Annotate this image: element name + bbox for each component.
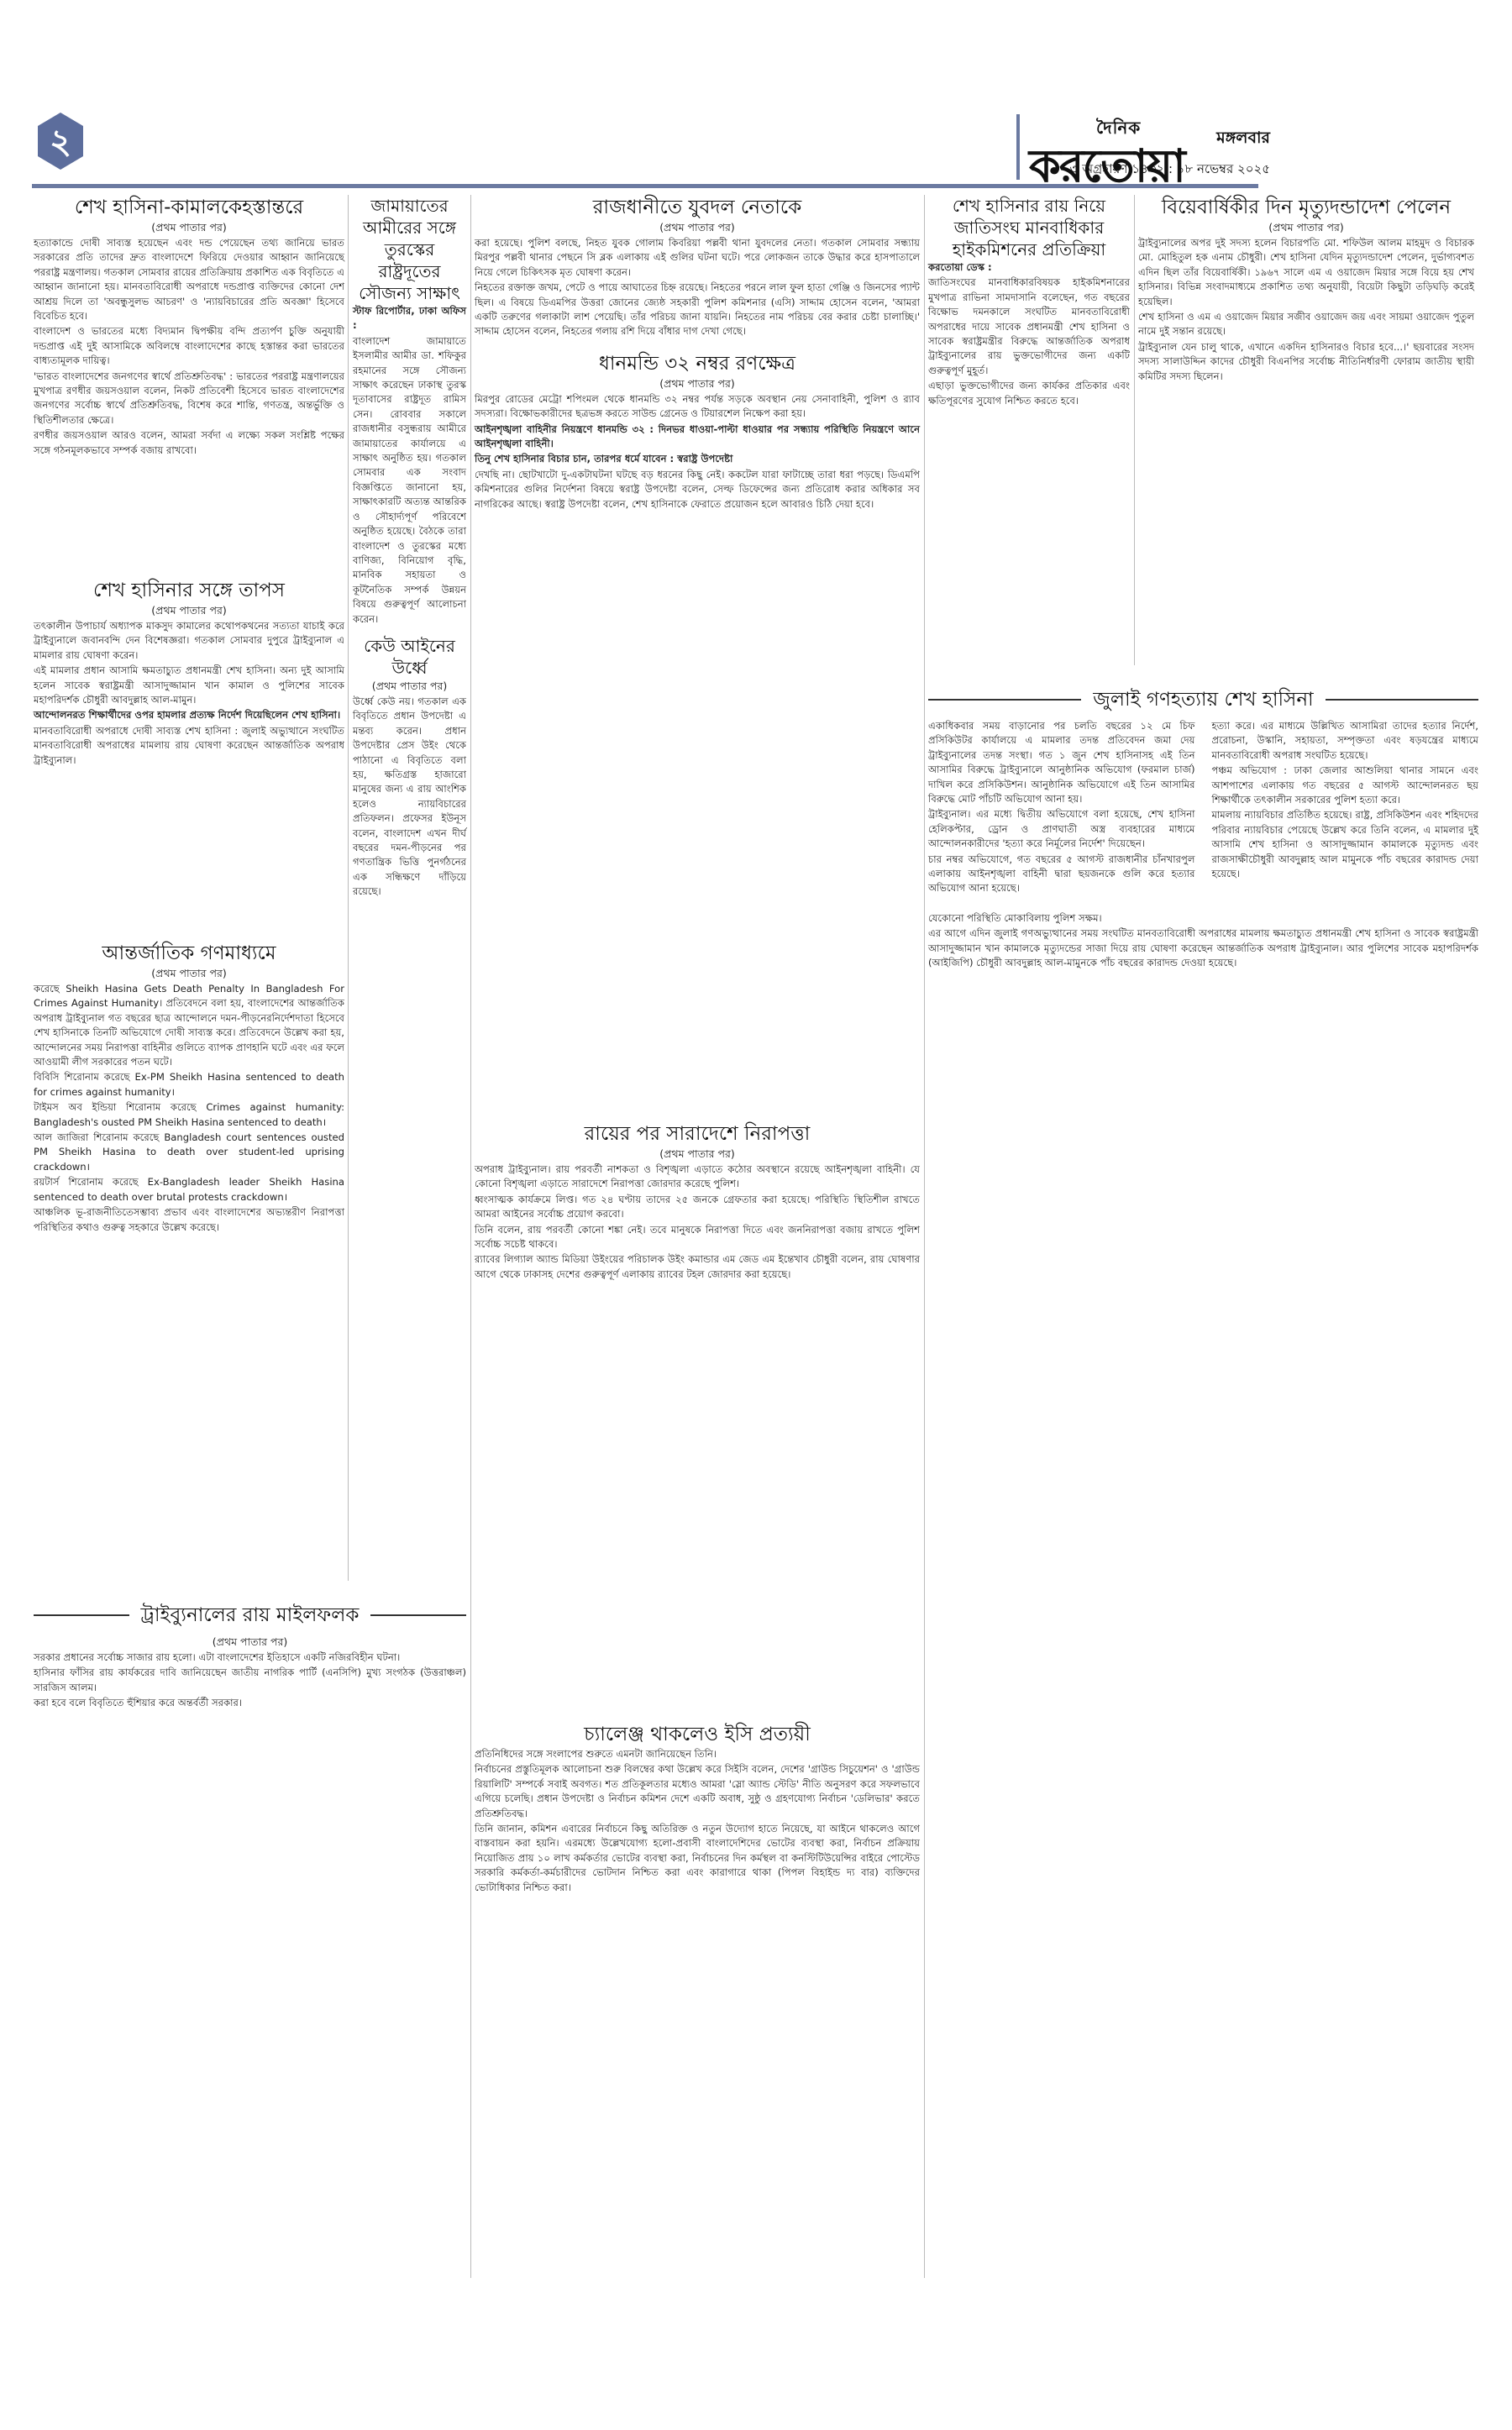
paragraph: ট্রাইব্যুনাল যেন চালু থাকে, এখানে একদিন … — [1138, 340, 1474, 384]
article-jubo-dal: রাজধানীতে যুবদল নেতাকে (প্রথম পাতার পর) … — [475, 195, 920, 339]
continued-label: (প্রথম পাতার পর) — [475, 220, 920, 234]
paragraph: নির্বাচনের প্রস্তুতিমূলক আলোচনা শুরু বিল… — [475, 1762, 920, 1821]
paragraph: মানবতাবিরোধী অপরাধে দোষী সাব্যস্ত শেখ হা… — [34, 724, 344, 768]
column-left-top: শেখ হাসিনা-কামালকেহস্তান্তরে (প্রথম পাতা… — [34, 195, 344, 459]
headline: ধানমন্ডি ৩২ নম্বর রণক্ষেত্র — [475, 351, 920, 376]
paragraph: জাতিসংঘের মানবাধিকারবিষয়ক হাইকমিশনারের … — [928, 276, 1130, 378]
paragraph: অপরাধ ট্রাইব্যুনাল। রায় পরবর্তী নাশকতা … — [475, 1163, 920, 1192]
article-un-reaction: শেখ হাসিনার রায় নিয়ে জাতিসংঘ মানবাধিকা… — [928, 195, 1130, 408]
paragraph: এর আগে এদিন জুলাই গণঅভ্যুত্থানের সময় সং… — [928, 926, 1478, 970]
paragraph: করেছে Sheikh Hasina Gets Death Penalty I… — [34, 982, 344, 1069]
svg-text:২: ২ — [50, 123, 71, 161]
continued-label: (প্রথম পাতার পর) — [475, 1147, 920, 1161]
newspaper-logo: দৈনিক করতোয়া — [1029, 116, 1256, 189]
hexagon-badge-icon: ২ — [35, 111, 86, 171]
paragraph: তিনু শেখ হাসিনার বিচার চান, তারপর ধর্মে … — [475, 452, 920, 466]
paragraph: তিনি বলেন, রায় পরবর্তী কোনো শঙ্কা নেই। … — [475, 1223, 920, 1252]
headline: আন্তর্জাতিক গণমাধ্যমে — [34, 941, 344, 966]
headline-rule-left — [34, 1614, 129, 1616]
column-left-mid: শেখ হাসিনার সঙ্গে তাপস (প্রথম পাতার পর) … — [34, 578, 344, 769]
paragraph: টাইমস অব ইন্ডিয়া শিরোনাম করেছে Crimes a… — [34, 1100, 344, 1130]
column-center-lower: রায়ের পর সারাদেশে নিরাপত্তা (প্রথম পাতা… — [475, 1121, 920, 1283]
paragraph: যেকোনো পরিস্থিতি মোকাবিলায় পুলিশ সক্ষম। — [928, 911, 1478, 926]
continued-label: (প্রথম পাতার পর) — [34, 966, 344, 980]
paragraph: প্রতিনিধিদের সঙ্গে সংলাপের শুরুতে এমনটা … — [475, 1747, 920, 1761]
paragraph: রণধীর জয়সওয়াল আরও বলেন, আমরা সর্বদা এ … — [34, 428, 344, 458]
column-divider — [924, 195, 925, 2278]
paragraph: এছাড়া ভুক্তভোগীদের জন্য কার্যকর প্রতিকা… — [928, 379, 1130, 408]
article-tribunal-milestone: ট্রাইব্যুনালের রায় মাইলফলক (প্রথম পাতার… — [34, 1603, 466, 1711]
continued-label: (প্রথম পাতার পর) — [1138, 220, 1474, 234]
paragraph: নিহতের রক্তাক্ত জখম, পেটে ও পায়ে আঘাতের… — [475, 281, 920, 339]
headline: রায়ের পর সারাদেশে নিরাপত্তা — [475, 1121, 920, 1147]
article-dhanmondi: ধানমন্ডি ৩২ নম্বর রণক্ষেত্র (প্রথম পাতার… — [475, 351, 920, 512]
paragraph: করা হবে বলে বিবৃতিতে হুঁশিয়ার করে অন্তর… — [34, 1696, 466, 1710]
paragraph: বিবিসি শিরোনাম করেছে Ex-PM Sheikh Hasina… — [34, 1070, 344, 1100]
paragraph: ট্রাইব্যুনালের অপর দুই সদস্য হলেন বিচারপ… — [1138, 236, 1474, 309]
headline-rule-left — [928, 699, 1081, 701]
ruled-headline: জুলাই গণহত্যায় শেখ হাসিনা — [928, 687, 1478, 712]
continued-label: (প্রথম পাতার পর) — [34, 1635, 466, 1649]
continued-label: (প্রথম পাতার পর) — [34, 603, 344, 617]
headline: বিয়েবার্ষিকীর দিন মৃত্যুদন্ডাদেশ পেলেন — [1138, 195, 1474, 220]
paragraph: শেখ হাসিনা ও এম এ ওয়াজেদ মিয়ার সজীব ওয… — [1138, 310, 1474, 339]
paragraph: র‍্যাবের লিগ্যাল অ্যান্ড মিডিয়া উইংয়ের… — [475, 1252, 920, 1282]
paragraph: ট্রাইব্যুনাল। এর মধ্যে দ্বিতীয় অভিযোগে … — [928, 807, 1195, 851]
headline: ট্রাইব্যুনালের রায় মাইলফলক — [141, 1603, 360, 1628]
paragraph: দেখছি না। ছোটখাটো দু-একটাঘটনা ঘটছে বড় ধ… — [475, 468, 920, 512]
column-center: রাজধানীতে যুবদল নেতাকে (প্রথম পাতার পর) … — [475, 195, 920, 512]
column-left-lower: আন্তর্জাতিক গণমাধ্যমে (প্রথম পাতার পর) ক… — [34, 941, 344, 1236]
byline: করতোয়া ডেস্ক : — [928, 261, 992, 273]
column-right-a: শেখ হাসিনার রায় নিয়ে জাতিসংঘ মানবাধিকা… — [928, 195, 1130, 409]
paragraph: হাসিনার ফাঁসির রায় কার্যকরের দাবি জানিয… — [34, 1666, 466, 1695]
column-divider — [348, 195, 349, 1581]
paragraph: বাংলাদেশ জামায়াতে ইসলামীর আমীর ডা. শফিক… — [353, 334, 466, 627]
paragraph: আন্দোলনরত শিক্ষার্থীদের ওপর হামলার প্রত্… — [34, 708, 344, 722]
ruled-headline: ট্রাইব্যুনালের রায় মাইলফলক — [34, 1603, 466, 1628]
article-security: রায়ের পর সারাদেশে নিরাপত্তা (প্রথম পাতা… — [475, 1121, 920, 1282]
paragraph: আইনশৃঙ্খলা বাহিনীর নিয়ন্ত্রণে ধানমন্ডি … — [475, 422, 920, 452]
headline: শেখ হাসিনা-কামালকেহস্তান্তরে — [34, 195, 344, 220]
column-bottom-left: ট্রাইব্যুনালের রায় মাইলফলক (প্রথম পাতার… — [34, 1596, 466, 1712]
article-anniversary: বিয়েবার্ষিকীর দিন মৃত্যুদন্ডাদেশ পেলেন … — [1138, 195, 1474, 384]
page-number-badge: ২ — [35, 111, 86, 171]
headline-rule-right — [1326, 699, 1478, 701]
article-tribunal-milestone-cont: যেকোনো পরিস্থিতি মোকাবিলায় পুলিশ সক্ষম।… — [928, 911, 1478, 971]
paragraph: ধ্বংসাত্মক কার্যক্রমে লিপ্ত। গত ২৪ ঘণ্টা… — [475, 1193, 920, 1222]
headline: শেখ হাসিনার সঙ্গে তাপস — [34, 578, 344, 603]
column-narrow: জামায়াতের আমীরের সঙ্গে তুরস্কের রাষ্ট্র… — [353, 195, 466, 900]
article-jamaat-turkey: জামায়াতের আমীরের সঙ্গে তুরস্কের রাষ্ট্র… — [353, 195, 466, 627]
paragraph: বাংলাদেশ ও ভারতের মধ্যে বিদ্যমান দ্বিপক্… — [34, 324, 344, 368]
article-intl-media: আন্তর্জাতিক গণমাধ্যমে (প্রথম পাতার পর) ক… — [34, 941, 344, 1235]
paragraph: চার নম্বর অভিযোগে, গত বছরের ৫ আগস্ট রাজধ… — [928, 853, 1195, 896]
column-center-bottom: চ্যালেঞ্জ থাকলেও ইসি প্রত্যয়ী প্রতিনিধি… — [475, 1722, 920, 1896]
paragraph: পঞ্চম অভিযোগ : ঢাকা জেলার আশুলিয়া থানার… — [1212, 764, 1479, 807]
article-above-law: কেউ আইনের উর্ধ্বে (প্রথম পাতার পর) উর্ধ্… — [353, 635, 466, 900]
article-columns: একাধিকবার সময় বাড়ানোর পর চলতি বছরের ১২… — [928, 719, 1478, 896]
headline: কেউ আইনের উর্ধ্বে — [353, 635, 466, 679]
masthead-rule — [32, 184, 1258, 188]
byline: স্টাফ রিপোর্টার, ঢাকা অফিস : — [353, 305, 466, 331]
paragraph: সরকার প্রধানের সর্বোচ্চ সাজার রায় হলো। … — [34, 1651, 466, 1665]
article-tapos: শেখ হাসিনার সঙ্গে তাপস (প্রথম পাতার পর) … — [34, 578, 344, 768]
article-challenge-ec: চ্যালেঞ্জ থাকলেও ইসি প্রত্যয়ী প্রতিনিধি… — [475, 1722, 920, 1895]
paragraph: তৎকালীন উপাচার্য অধ্যাপক মাকসুদ কামালের … — [34, 619, 344, 663]
paragraph: তিনি জানান, কমিশন এবারের নির্বাচনে কিছু … — [475, 1822, 920, 1895]
column-divider — [1134, 195, 1135, 665]
article-hasina-kamal-handover: শেখ হাসিনা-কামালকেহস্তান্তরে (প্রথম পাতা… — [34, 195, 344, 458]
headline: শেখ হাসিনার রায় নিয়ে জাতিসংঘ মানবাধিকা… — [928, 195, 1130, 260]
continued-label: (প্রথম পাতার পর) — [353, 679, 466, 693]
logo-title: করতোয়া — [1029, 144, 1256, 189]
headline: জামায়াতের আমীরের সঙ্গে তুরস্কের রাষ্ট্র… — [353, 195, 466, 304]
paragraph: আঞ্চলিক ভূ-রাজনীতিতেসম্ভাব্য প্রভাব এবং … — [34, 1205, 344, 1235]
headline: রাজধানীতে যুবদল নেতাকে — [475, 195, 920, 220]
continued-label: (প্রথম পাতার পর) — [475, 376, 920, 391]
article-july-genocide: জুলাই গণহত্যায় শেখ হাসিনা একাধিকবার সময… — [928, 687, 1478, 896]
column-divider — [470, 195, 471, 2278]
paragraph: আল জাজিরা শিরোনাম করেছে Bangladesh court… — [34, 1131, 344, 1174]
masthead-divider — [1016, 114, 1020, 180]
paragraph: হত্যাকান্ডে দোষী সাব্যস্ত হয়েছেন এবং দন… — [34, 236, 344, 323]
paragraph: রয়টার্স শিরোনাম করেছে Ex-Bangladesh lea… — [34, 1175, 344, 1205]
paragraph: হত্যা করে। এর মাধ্যমে উল্লিখিত আসামিরা ত… — [1212, 719, 1479, 763]
paragraph: 'ভারত বাংলাদেশের জনগণের স্বার্থে প্রতিশ্… — [34, 370, 344, 428]
headline-rule-right — [370, 1614, 466, 1616]
paragraph: একাধিকবার সময় বাড়ানোর পর চলতি বছরের ১২… — [928, 719, 1195, 806]
paragraph: উর্ধ্বে কেউ নয়। গতকাল এক বিবৃতিতে প্রধা… — [353, 695, 466, 900]
column-right-lower: জুলাই গণহত্যায় শেখ হাসিনা একাধিকবার সময… — [928, 680, 1478, 972]
masthead: ২ মঙ্গলবার ৩ অগ্রহায়ণ ১৪৩২ : ১৮ নভেম্বর… — [0, 0, 1512, 176]
headline: জুলাই গণহত্যায় শেখ হাসিনা — [1093, 687, 1313, 712]
paragraph: করা হয়েছে। পুলিশ বলছে, নিহত যুবক গোলাম … — [475, 236, 920, 280]
paragraph: মামলায় ন্যায়বিচার প্রতিষ্ঠিত হয়েছে। র… — [1212, 808, 1479, 881]
paragraph: এই মামলার প্রধান আসামি ক্ষমতাচ্যুত প্রধা… — [34, 664, 344, 707]
paragraph: মিরপুর রোডের মেট্রো শপিংমল থেকে ধানমন্ডি… — [475, 392, 920, 422]
column-right-b: বিয়েবার্ষিকীর দিন মৃত্যুদন্ডাদেশ পেলেন … — [1138, 195, 1474, 385]
headline: চ্যালেঞ্জ থাকলেও ইসি প্রত্যয়ী — [475, 1722, 920, 1747]
continued-label: (প্রথম পাতার পর) — [34, 220, 344, 234]
